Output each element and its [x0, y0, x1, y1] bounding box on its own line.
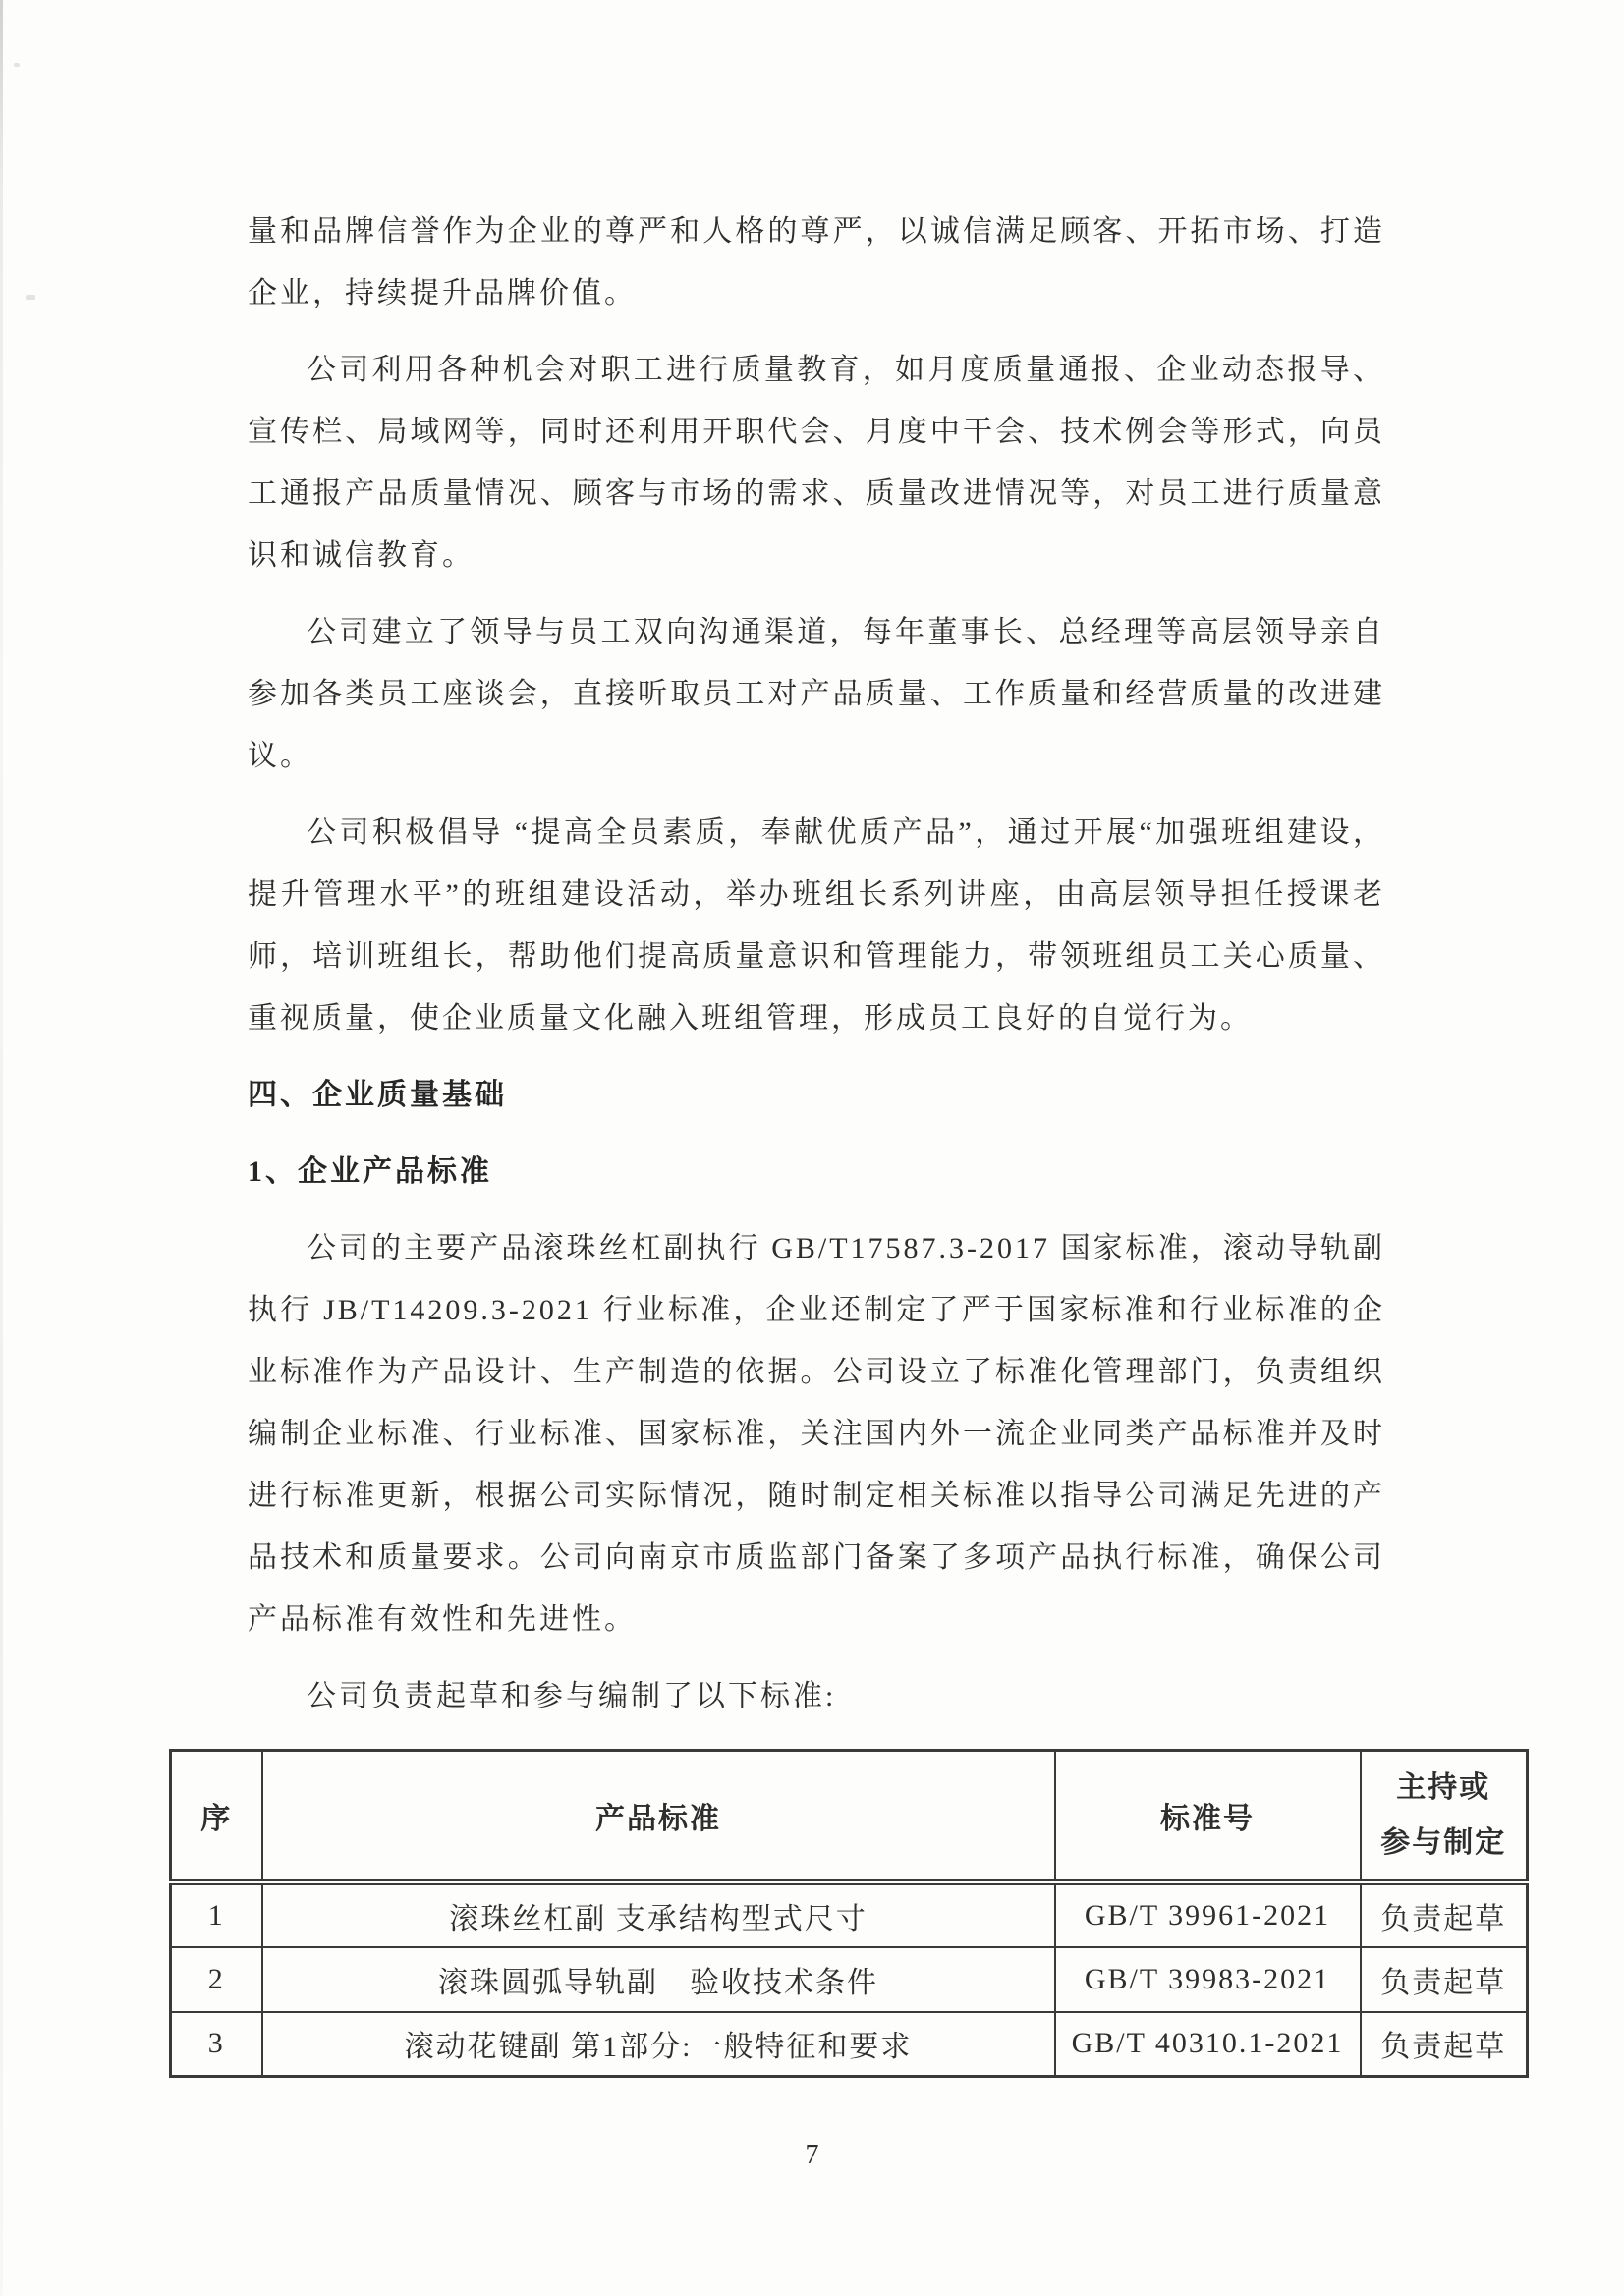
table-header-row: 序 产品标准 标准号 主持或 参与制定 [171, 1751, 1528, 1882]
cell-number: GB/T 39961-2021 [1055, 1882, 1361, 1947]
scan-speck [26, 295, 35, 300]
page-number: 7 [0, 2140, 1624, 2171]
cell-role: 负责起草 [1361, 1882, 1528, 1947]
subsection-heading: 1、企业产品标准 [248, 1141, 1385, 1203]
table-row: 1 滚珠丝杠副 支承结构型式尺寸 GB/T 39961-2021 负责起草 [171, 1882, 1528, 1947]
table-header-number: 标准号 [1055, 1751, 1361, 1882]
table-row: 3 滚动花键副 第1部分:一般特征和要求 GB/T 40310.1-2021 负… [171, 2012, 1528, 2077]
table-header-standard: 产品标准 [262, 1751, 1055, 1882]
table-header-seq: 序 [171, 1751, 262, 1882]
standards-table: 序 产品标准 标准号 主持或 参与制定 1 滚珠丝杠副 支承结构型式尺寸 GB/… [169, 1749, 1529, 2078]
cell-seq: 3 [171, 2012, 262, 2077]
cell-seq: 1 [171, 1882, 262, 1947]
paragraph-4: 公司积极倡导 “提高全员素质，奉献优质产品”，通过开展“加强班组建设，提升管理水… [248, 802, 1385, 1049]
paragraph-5: 公司的主要产品滚珠丝杠副执行 GB/T17587.3-2017 国家标准，滚动导… [248, 1217, 1385, 1651]
document-page: 量和品牌信誉作为企业的尊严和人格的尊严，以诚信满足顾客、开拓市场、打造企业，持续… [0, 0, 1624, 2296]
scan-edge-artifact [0, 0, 3, 2296]
table-intro-paragraph: 公司负责起草和参与编制了以下标准: [248, 1665, 1385, 1727]
section-heading: 四、企业质量基础 [248, 1064, 1385, 1126]
cell-standard: 滚动花键副 第1部分:一般特征和要求 [262, 2012, 1055, 2077]
cell-role: 负责起草 [1361, 1947, 1528, 2012]
page-content: 量和品牌信誉作为企业的尊严和人格的尊严，以诚信满足顾客、开拓市场、打造企业，持续… [248, 200, 1385, 2078]
cell-standard: 滚珠丝杠副 支承结构型式尺寸 [262, 1882, 1055, 1947]
cell-number: GB/T 40310.1-2021 [1055, 2012, 1361, 2077]
paragraph-3: 公司建立了领导与员工双向沟通渠道，每年董事长、总经理等高层领导亲自参加各类员工座… [248, 601, 1385, 787]
scan-speck [14, 63, 20, 67]
paragraph-2: 公司利用各种机会对职工进行质量教育，如月度质量通报、企业动态报导、宣传栏、局域网… [248, 339, 1385, 587]
table-header-role: 主持或 参与制定 [1361, 1751, 1528, 1882]
cell-seq: 2 [171, 1947, 262, 2012]
cell-number: GB/T 39983-2021 [1055, 1947, 1361, 2012]
cell-standard: 滚珠圆弧导轨副 验收技术条件 [262, 1947, 1055, 2012]
table-header-role-line2: 参与制定 [1362, 1816, 1527, 1871]
table-header-role-line1: 主持或 [1362, 1761, 1527, 1816]
cell-role: 负责起草 [1361, 2012, 1528, 2077]
paragraph-1: 量和品牌信誉作为企业的尊严和人格的尊严，以诚信满足顾客、开拓市场、打造企业，持续… [248, 200, 1385, 324]
table-row: 2 滚珠圆弧导轨副 验收技术条件 GB/T 39983-2021 负责起草 [171, 1947, 1528, 2012]
